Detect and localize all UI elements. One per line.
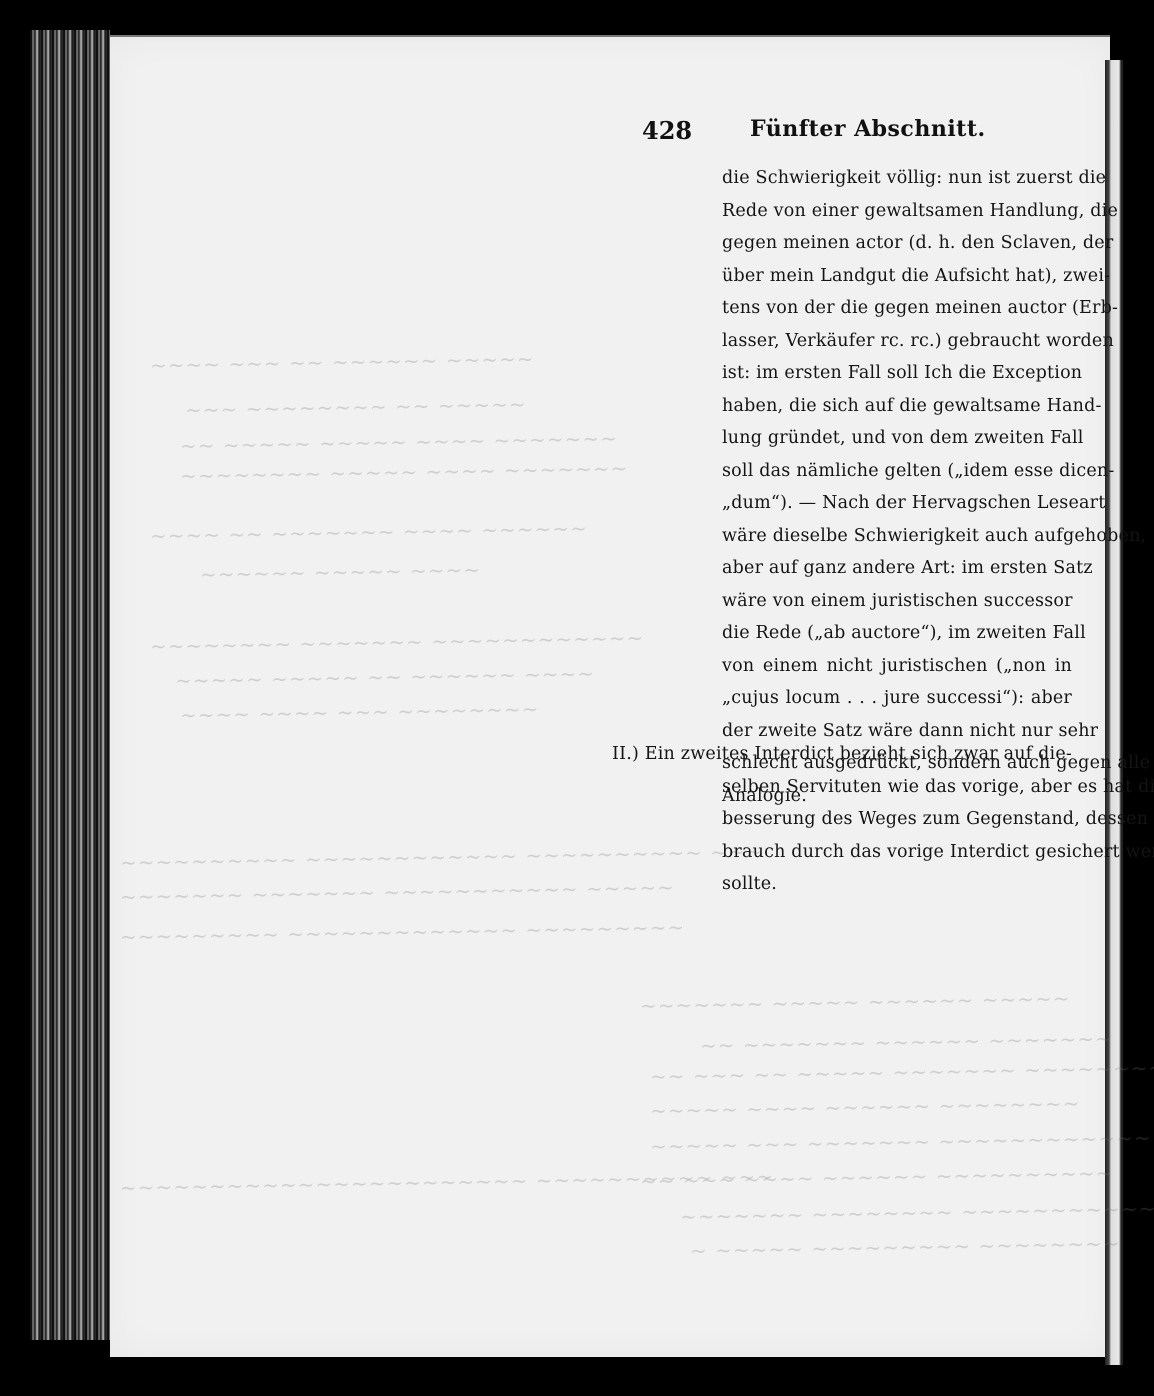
text-line: wäre von einem juristischen successor: [722, 585, 1072, 618]
page-header: 428 Fünfter Abschnitt.: [640, 112, 1080, 146]
paragraph-1: die Schwierigkeit völlig: nun ist zuerst…: [722, 162, 1072, 812]
text-line: aber auf ganz andere Art: im ersten Satz: [722, 552, 1072, 585]
text-line: die Schwierigkeit völlig: nun ist zuerst…: [722, 162, 1072, 195]
text-line: II.) Ein zweites Interdict bezieht sich …: [612, 738, 1072, 771]
text-line: haben, die sich auf die gewaltsame Hand-: [722, 390, 1072, 423]
text-line: „dum“). — Nach der Hervagschen Leseart: [722, 487, 1072, 520]
text-line: besserung des Weges zum Gegenstand, dess…: [612, 803, 1072, 836]
text-line: lung gründet, und von dem zweiten Fall: [722, 422, 1072, 455]
text-line: tens von der die gegen meinen auctor (Er…: [722, 292, 1072, 325]
text-line: ist: im ersten Fall soll Ich die Excepti…: [722, 357, 1072, 390]
text-line: sollte.: [612, 868, 1072, 901]
text-line: „cujus locum . . . jure successi“): aber: [722, 682, 1072, 715]
page-stack-edge: [30, 30, 110, 1340]
paragraph-2: II.) Ein zweites Interdict bezieht sich …: [612, 738, 1072, 901]
page-number: 428: [642, 116, 692, 145]
text-line: soll das nämliche gelten („idem esse dic…: [722, 455, 1072, 488]
text-line: lasser, Verkäufer rc. rc.) gebraucht wor…: [722, 325, 1072, 358]
text-line: gegen meinen actor (d. h. den Sclaven, d…: [722, 227, 1072, 260]
text-line: die Rede („ab auctore“), im zweiten Fall: [722, 617, 1072, 650]
pencil-annotation: ~~~~~~ ~~~~~ ~~~~: [200, 558, 481, 587]
running-title: Fünfter Abschnitt.: [750, 116, 986, 142]
text-line: Rede von einer gewaltsamen Handlung, die: [722, 195, 1072, 228]
text-line: wäre dieselbe Schwierigkeit auch aufgeho…: [722, 520, 1072, 553]
text-line: von einem nicht juristischen („non in: [722, 650, 1072, 683]
text-line: selben Servituten wie das vorige, aber e…: [612, 771, 1072, 804]
text-line: über mein Landgut die Aufsicht hat), zwe…: [722, 260, 1072, 293]
text-line: brauch durch das vorige Interdict gesich…: [612, 836, 1072, 869]
